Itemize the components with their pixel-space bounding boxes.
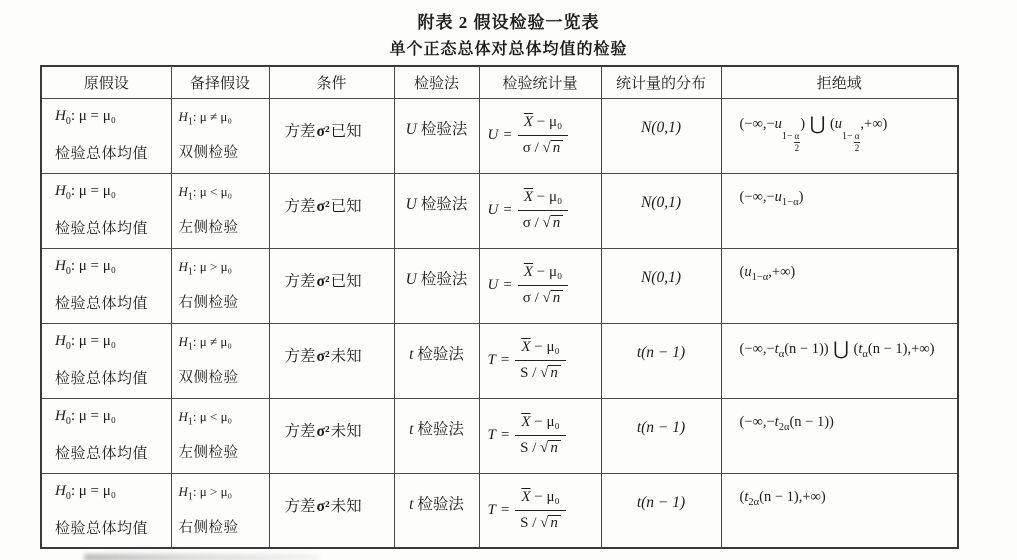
table-row: H0: μ = μ₀检验总体均值 H1: μ < μ₀左侧检验 方差σ²已知 U… bbox=[41, 173, 958, 248]
h1-expression: μ > μ₀ bbox=[200, 484, 232, 499]
method-symbol: U bbox=[406, 271, 417, 288]
header-label: 统计量的分布 bbox=[616, 76, 706, 92]
h1-formula: H1: μ < μ₀ bbox=[179, 409, 269, 428]
alt-hypothesis-cell: H1: μ < μ₀左侧检验 bbox=[171, 398, 269, 473]
h1-expression: μ ≠ μ₀ bbox=[200, 109, 232, 124]
table-row: H0: μ = μ₀检验总体均值 H1: μ ≠ μ₀双侧检验 方差σ²已知 U… bbox=[41, 98, 958, 173]
union-symbol: ⋃ bbox=[832, 339, 850, 360]
header-label: 备择假设 bbox=[190, 76, 250, 92]
statistic-cell: U=X − μ₀σ / √n bbox=[479, 173, 601, 248]
distribution-cell: N(0,1) bbox=[601, 98, 721, 173]
condition-cell: 方差σ²未知 bbox=[269, 323, 394, 398]
statistic-cell: T=X − μ₀S / √n bbox=[479, 323, 601, 398]
h1-note: 右侧检验 bbox=[179, 516, 269, 537]
null-hypothesis-cell: H0: μ = μ₀检验总体均值 bbox=[41, 473, 171, 548]
method-symbol: U bbox=[406, 121, 417, 138]
h1-symbol: H bbox=[179, 484, 188, 499]
null-hypothesis-cell: H0: μ = μ₀检验总体均值 bbox=[41, 323, 171, 398]
statistic-symbol: U bbox=[488, 277, 499, 294]
distribution-cell: N(0,1) bbox=[601, 173, 721, 248]
method-symbol: t bbox=[409, 346, 413, 363]
h1-symbol: H bbox=[179, 259, 188, 274]
method-cell: U检验法 bbox=[394, 173, 479, 248]
sigma-squared: σ² bbox=[316, 273, 331, 290]
rejection-region-cell: (−∞,−u1−α) bbox=[721, 173, 958, 248]
sqrt-n: n bbox=[551, 215, 564, 232]
sqrt-n: n bbox=[551, 290, 564, 307]
statistic-fraction: X − μ₀σ / √n bbox=[518, 263, 568, 308]
sigma-squared: σ² bbox=[316, 348, 331, 365]
method-cell: U检验法 bbox=[394, 98, 479, 173]
statistic-fraction: X − μ₀S / √n bbox=[515, 338, 565, 383]
h1-note: 右侧检验 bbox=[179, 291, 269, 312]
h1-note: 双侧检验 bbox=[179, 141, 269, 162]
h0-formula: H0: μ = μ₀ bbox=[55, 333, 171, 352]
h1-formula: H1: μ > μ₀ bbox=[179, 259, 269, 278]
subscript-fraction: 1−α2 bbox=[782, 132, 800, 153]
method-cell: t检验法 bbox=[394, 398, 479, 473]
h0-note: 检验总体均值 bbox=[55, 442, 171, 463]
table-header-row: 原假设 备择假设 条件 检验法 检验统计量 统计量的分布 拒绝域 bbox=[41, 66, 958, 98]
h1-symbol: H bbox=[179, 334, 188, 349]
h0-note: 检验总体均值 bbox=[55, 142, 171, 163]
h0-expression: μ = μ₀ bbox=[79, 183, 116, 199]
sqrt-n: n bbox=[548, 365, 561, 382]
h0-symbol: H bbox=[55, 333, 66, 349]
sqrt-n: n bbox=[548, 515, 561, 532]
h0-symbol: H bbox=[55, 483, 66, 499]
h0-expression: μ = μ₀ bbox=[79, 333, 116, 349]
statistic-symbol: T bbox=[488, 502, 496, 519]
statistic-symbol: T bbox=[488, 427, 496, 444]
statistic-cell: U=X − μ₀σ / √n bbox=[479, 98, 601, 173]
method-cell: t检验法 bbox=[394, 473, 479, 548]
h0-formula: H0: μ = μ₀ bbox=[55, 483, 171, 502]
h1-expression: μ < μ₀ bbox=[200, 184, 232, 199]
distribution-cell: t(n − 1) bbox=[601, 473, 721, 548]
page-subtitle: 单个正态总体对总体均值的检验 bbox=[0, 36, 1017, 59]
header-label: 条件 bbox=[316, 76, 346, 92]
h0-symbol: H bbox=[55, 108, 66, 124]
statistic-fraction: X − μ₀S / √n bbox=[515, 488, 565, 533]
method-symbol: U bbox=[406, 196, 417, 213]
rejection-region-cell: (t2α(n − 1),+∞) bbox=[721, 473, 958, 548]
table-row: H0: μ = μ₀检验总体均值 H1: μ > μ₀右侧检验 方差σ²已知 U… bbox=[41, 248, 958, 323]
h1-expression: μ < μ₀ bbox=[200, 409, 232, 424]
sigma-squared: σ² bbox=[316, 123, 331, 140]
condition-cell: 方差σ²未知 bbox=[269, 473, 394, 548]
method-symbol: t bbox=[409, 496, 413, 513]
alt-hypothesis-cell: H1: μ > μ₀右侧检验 bbox=[171, 473, 269, 548]
header-label: 拒绝域 bbox=[817, 76, 862, 92]
sqrt-n: n bbox=[551, 140, 564, 157]
h0-symbol: H bbox=[55, 183, 66, 199]
h0-expression: μ = μ₀ bbox=[79, 108, 116, 124]
h0-symbol: H bbox=[55, 258, 66, 274]
header-label: 原假设 bbox=[84, 76, 129, 92]
table-row: H0: μ = μ₀检验总体均值 H1: μ < μ₀左侧检验 方差σ²未知 t… bbox=[41, 398, 958, 473]
h1-symbol: H bbox=[179, 409, 188, 424]
header-statistic: 检验统计量 bbox=[479, 66, 601, 98]
distribution-cell: t(n − 1) bbox=[601, 323, 721, 398]
h1-expression: μ ≠ μ₀ bbox=[200, 334, 232, 349]
h0-expression: μ = μ₀ bbox=[79, 258, 116, 274]
null-hypothesis-cell: H0: μ = μ₀检验总体均值 bbox=[41, 173, 171, 248]
condition-cell: 方差σ²已知 bbox=[269, 173, 394, 248]
rejection-region-cell: (−∞,−u1−α2) ⋃ (u1−α2,+∞) bbox=[721, 98, 958, 173]
scan-artifact-smudge bbox=[84, 554, 319, 560]
h1-symbol: H bbox=[179, 184, 188, 199]
h1-note: 左侧检验 bbox=[179, 216, 269, 237]
header-label: 检验法 bbox=[414, 76, 459, 92]
statistic-cell: T=X − μ₀S / √n bbox=[479, 473, 601, 548]
rejection-region-cell: (−∞,−t2α(n − 1)) bbox=[721, 398, 958, 473]
alt-hypothesis-cell: H1: μ > μ₀右侧检验 bbox=[171, 248, 269, 323]
h0-symbol: H bbox=[55, 408, 66, 424]
statistic-symbol: U bbox=[488, 127, 499, 144]
sqrt-n: n bbox=[548, 440, 561, 457]
distribution-cell: N(0,1) bbox=[601, 248, 721, 323]
method-cell: t检验法 bbox=[394, 323, 479, 398]
scanned-document-page: 附表 2 假设检验一览表 单个正态总体对总体均值的检验 原假设 备择假设 条件 … bbox=[0, 0, 1017, 560]
h0-note: 检验总体均值 bbox=[55, 217, 171, 238]
statistic-fraction: X − μ₀σ / √n bbox=[518, 188, 568, 233]
header-distribution: 统计量的分布 bbox=[601, 66, 721, 98]
statistic-symbol: U bbox=[488, 202, 499, 219]
method-symbol: t bbox=[409, 421, 413, 438]
method-cell: U检验法 bbox=[394, 248, 479, 323]
union-symbol: ⋃ bbox=[809, 114, 827, 135]
alt-hypothesis-cell: H1: μ ≠ μ₀双侧检验 bbox=[171, 323, 269, 398]
x-bar: X bbox=[524, 114, 533, 130]
sigma-squared: σ² bbox=[316, 198, 331, 215]
statistic-cell: T=X − μ₀S / √n bbox=[479, 398, 601, 473]
h0-formula: H0: μ = μ₀ bbox=[55, 258, 171, 277]
subscript-fraction: 1−α2 bbox=[842, 132, 860, 153]
hypothesis-test-table: 原假设 备择假设 条件 检验法 检验统计量 统计量的分布 拒绝域 H0: μ =… bbox=[40, 65, 959, 549]
h0-note: 检验总体均值 bbox=[55, 517, 171, 538]
distribution-cell: t(n − 1) bbox=[601, 398, 721, 473]
h1-expression: μ > μ₀ bbox=[200, 259, 232, 274]
condition-cell: 方差σ²已知 bbox=[269, 248, 394, 323]
table-row: H0: μ = μ₀检验总体均值 H1: μ ≠ μ₀双侧检验 方差σ²未知 t… bbox=[41, 323, 958, 398]
x-bar: X bbox=[524, 264, 533, 280]
h1-formula: H1: μ ≠ μ₀ bbox=[179, 334, 269, 353]
statistic-fraction: X − μ₀σ / √n bbox=[518, 113, 568, 158]
rejection-region-cell: (u1−α,+∞) bbox=[721, 248, 958, 323]
h0-expression: μ = μ₀ bbox=[79, 483, 116, 499]
header-condition: 条件 bbox=[269, 66, 394, 98]
condition-cell: 方差σ²未知 bbox=[269, 398, 394, 473]
header-rejection-region: 拒绝域 bbox=[721, 66, 958, 98]
h1-formula: H1: μ > μ₀ bbox=[179, 484, 269, 503]
header-null-hypothesis: 原假设 bbox=[41, 66, 171, 98]
h1-note: 左侧检验 bbox=[179, 441, 269, 462]
h0-formula: H0: μ = μ₀ bbox=[55, 183, 171, 202]
null-hypothesis-cell: H0: μ = μ₀检验总体均值 bbox=[41, 398, 171, 473]
h0-note: 检验总体均值 bbox=[55, 292, 171, 313]
x-bar: X bbox=[524, 189, 533, 205]
null-hypothesis-cell: H0: μ = μ₀检验总体均值 bbox=[41, 248, 171, 323]
h0-formula: H0: μ = μ₀ bbox=[55, 108, 171, 127]
header-label: 检验统计量 bbox=[502, 76, 577, 92]
h1-note: 双侧检验 bbox=[179, 366, 269, 387]
condition-cell: 方差σ²已知 bbox=[269, 98, 394, 173]
header-method: 检验法 bbox=[394, 66, 479, 98]
h1-symbol: H bbox=[179, 109, 188, 124]
h0-formula: H0: μ = μ₀ bbox=[55, 408, 171, 427]
statistic-symbol: T bbox=[488, 352, 496, 369]
sigma-squared: σ² bbox=[316, 423, 331, 440]
table-row: H0: μ = μ₀检验总体均值 H1: μ > μ₀右侧检验 方差σ²未知 t… bbox=[41, 473, 958, 548]
h0-expression: μ = μ₀ bbox=[79, 408, 116, 424]
statistic-cell: U=X − μ₀σ / √n bbox=[479, 248, 601, 323]
statistic-fraction: X − μ₀S / √n bbox=[515, 413, 565, 458]
alt-hypothesis-cell: H1: μ ≠ μ₀双侧检验 bbox=[171, 98, 269, 173]
rejection-region-cell: (−∞,−tα(n − 1)) ⋃ (tα(n − 1),+∞) bbox=[721, 323, 958, 398]
null-hypothesis-cell: H0: μ = μ₀检验总体均值 bbox=[41, 98, 171, 173]
h0-note: 检验总体均值 bbox=[55, 367, 171, 388]
h1-formula: H1: μ < μ₀ bbox=[179, 184, 269, 203]
page-title: 附表 2 假设检验一览表 bbox=[0, 8, 1017, 33]
sigma-squared: σ² bbox=[316, 498, 331, 515]
h1-formula: H1: μ ≠ μ₀ bbox=[179, 109, 269, 128]
alt-hypothesis-cell: H1: μ < μ₀左侧检验 bbox=[171, 173, 269, 248]
header-alt-hypothesis: 备择假设 bbox=[171, 66, 269, 98]
